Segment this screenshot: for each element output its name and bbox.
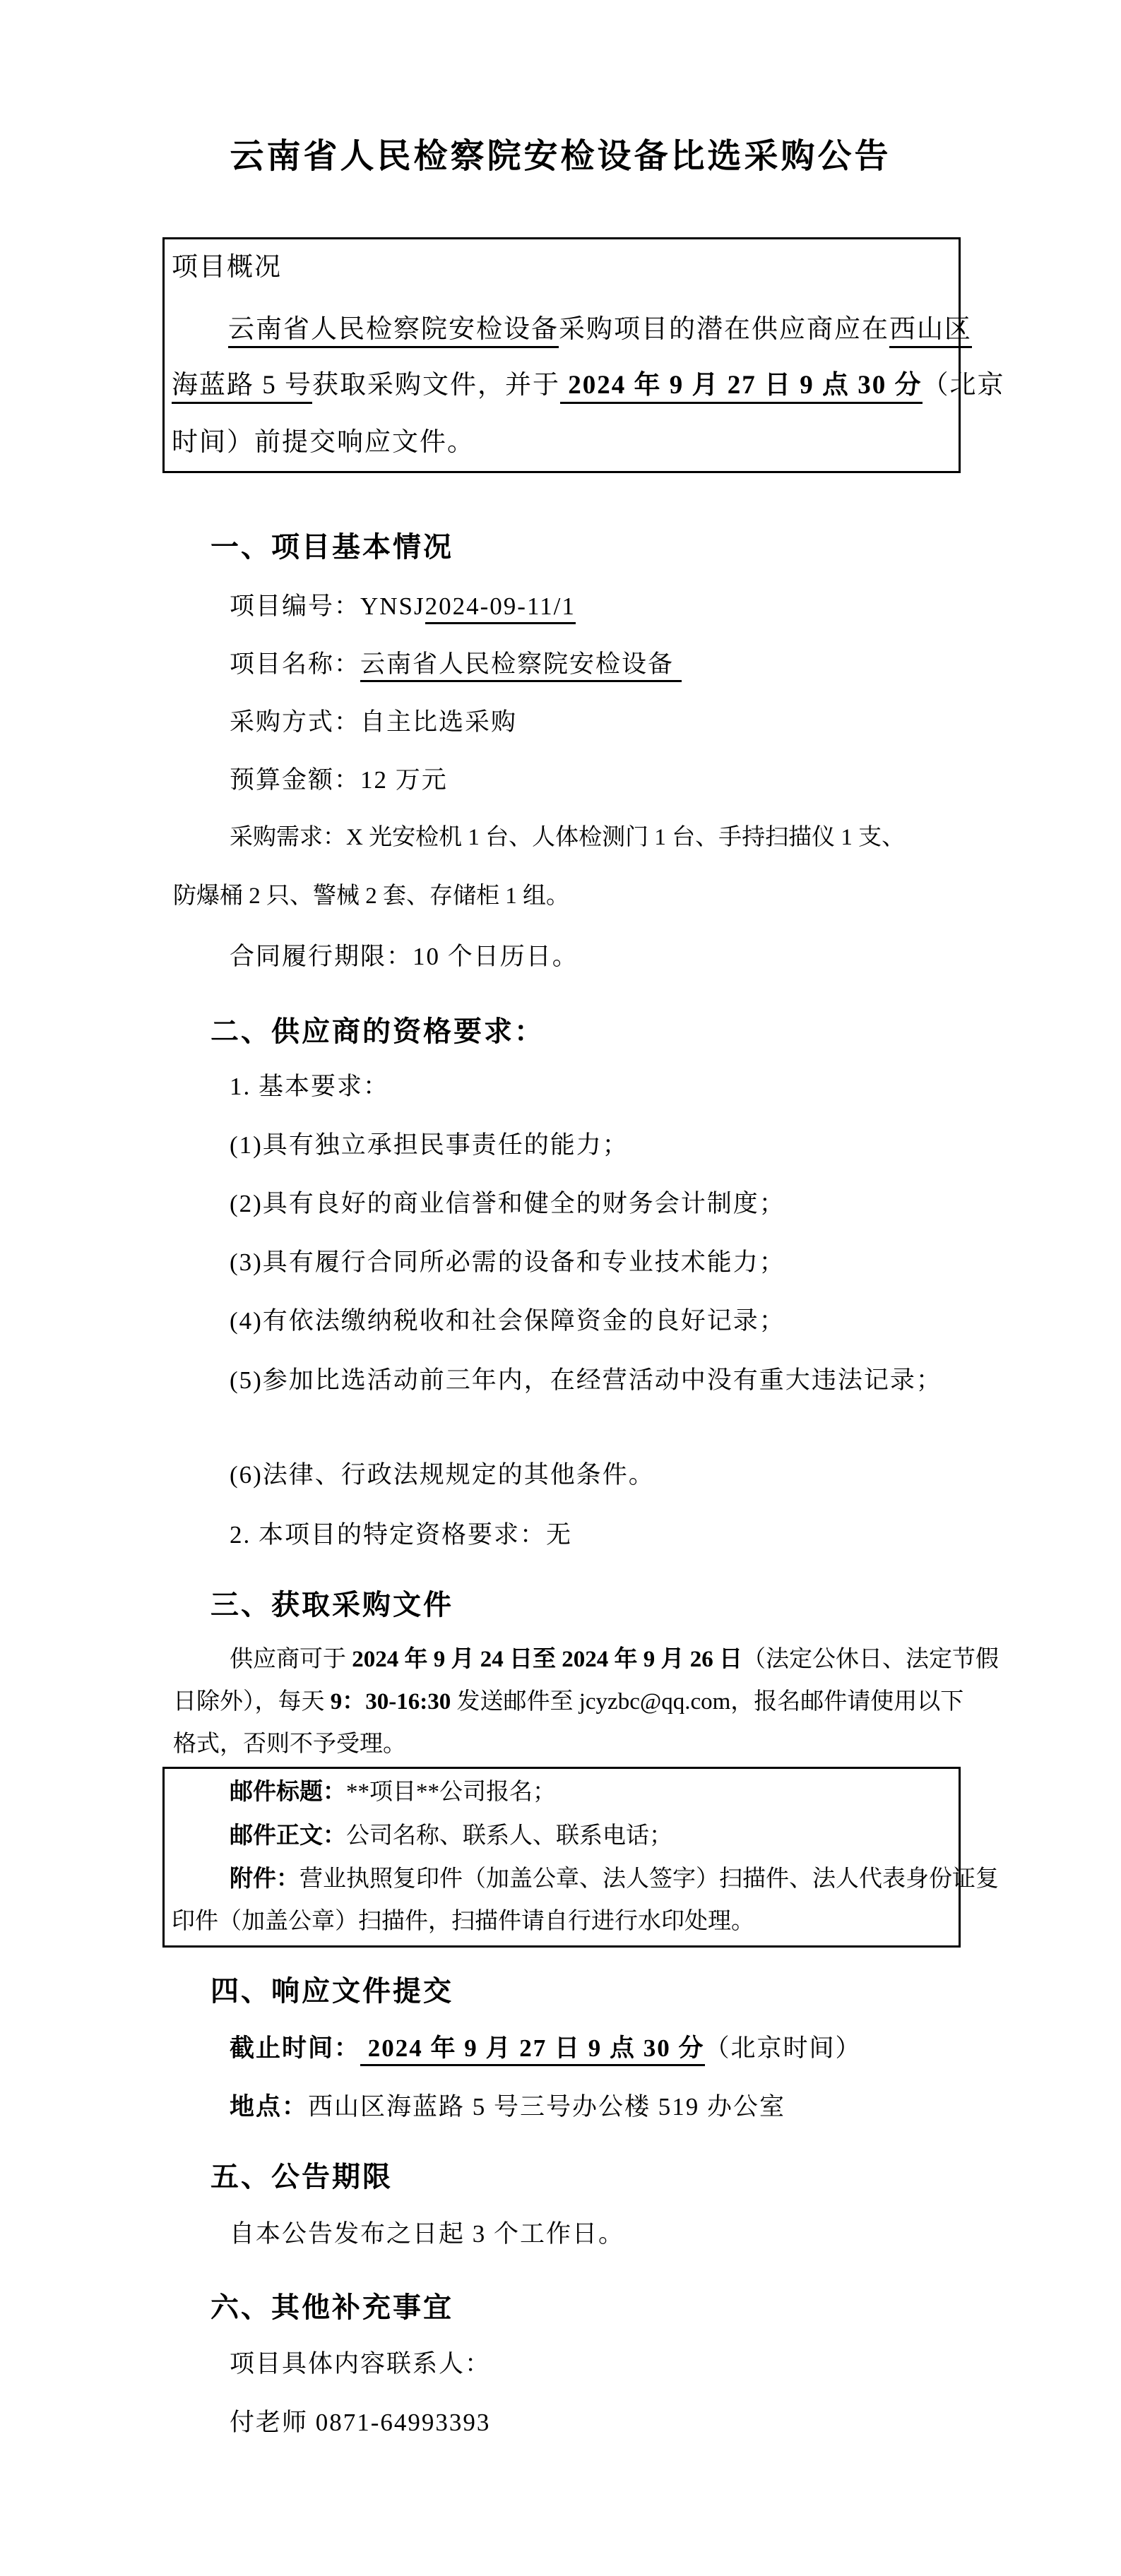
obtain-text: （法定公休日、法定节假 bbox=[742, 1647, 999, 1672]
underlined-project-name: 云南省人民检察院安检设备 bbox=[228, 315, 559, 348]
period-line: 自本公告发布之日起 3 个工作日。 bbox=[230, 2219, 624, 2250]
email-body-label: 邮件正文： bbox=[230, 1823, 346, 1849]
contact-label-line: 项目具体内容联系人： bbox=[230, 2349, 491, 2380]
project-number-label: 项目编号：YNSJ bbox=[230, 592, 425, 620]
announcement-document: 云南省人民检察院安检设备比选采购公告 项目概况 云南省人民检察院安检设备采购项目… bbox=[0, 0, 1121, 2576]
deadline-value: 2024 年 9 月 27 日 9 点 30 分 bbox=[360, 2034, 705, 2066]
contact-value-line: 付老师 0871-64993393 bbox=[230, 2407, 490, 2438]
overview-text: 获取采购文件，并于 bbox=[312, 371, 560, 400]
underlined-address: 海蓝路 5 号 bbox=[172, 371, 312, 404]
place-line: 地点：西山区海蓝路 5 号三号办公楼 519 办公室 bbox=[230, 2092, 785, 2123]
underlined-deadline-date: 2024 年 9 月 27 日 9 点 30 分 bbox=[560, 371, 923, 404]
email-subject-line: 邮件标题：**项目**公司报名； bbox=[230, 1778, 556, 1807]
deadline-line: 截止时间： 2024 年 9 月 27 日 9 点 30 分（北京时间） bbox=[230, 2033, 862, 2064]
qualification-item: (1)具有独立承担民事责任的能力； bbox=[230, 1130, 629, 1161]
contract-duration-line: 合同履行期限：10 个日历日。 bbox=[230, 941, 579, 972]
qualification-item: (4)有依法缴纳税收和社会保障资金的良好记录； bbox=[230, 1306, 785, 1337]
project-number-line: 项目编号：YNSJ2024-09-11/1 bbox=[230, 591, 576, 622]
underlined-district: 西山区 bbox=[889, 315, 972, 348]
section-4-heading: 四、响应文件提交 bbox=[210, 1974, 453, 2009]
obtain-line-1: 供应商可于 2024 年 9 月 24 日至 2024 年 9 月 26 日（法… bbox=[230, 1645, 999, 1674]
project-number-value: 2024-09-11/1 bbox=[425, 592, 576, 624]
project-name-value: 云南省人民检察院安检设备 bbox=[360, 650, 682, 682]
place-label: 地点： bbox=[230, 2093, 308, 2121]
section-6-heading: 六、其他补充事宜 bbox=[210, 2290, 453, 2325]
overview-line-1: 云南省人民检察院安检设备采购项目的潜在供应商应在西山区 bbox=[228, 314, 972, 346]
obtain-date-range: 2024 年 9 月 24 日至 2024 年 9 月 26 日 bbox=[352, 1647, 742, 1672]
obtain-line-2: 日除外），每天 9：30-16:30 发送邮件至 jcyzbc@qq.com，报… bbox=[173, 1688, 963, 1717]
email-body-text: 公司名称、联系人、联系电话； bbox=[346, 1823, 672, 1849]
budget-line: 预算金额：12 万元 bbox=[230, 765, 448, 796]
email-subject-label: 邮件标题： bbox=[230, 1779, 346, 1805]
qualification-item: (2)具有良好的商业信誉和健全的财务会计制度； bbox=[230, 1188, 785, 1220]
overview-label: 项目概况 bbox=[172, 251, 282, 284]
qualification-item: 1. 基本要求： bbox=[230, 1071, 389, 1102]
project-name-label: 项目名称： bbox=[230, 650, 360, 678]
email-attachment-label: 附件： bbox=[230, 1866, 299, 1892]
qualification-item: 2. 本项目的特定资格要求：无 bbox=[230, 1520, 572, 1551]
deadline-suffix: （北京时间） bbox=[705, 2034, 862, 2062]
obtain-text: 供应商可于 bbox=[230, 1647, 352, 1672]
qualification-item: (5)参加比选活动前三年内，在经营活动中没有重大违法记录； bbox=[230, 1365, 942, 1396]
section-1-heading: 一、项目基本情况 bbox=[210, 530, 453, 565]
overview-line-2: 海蓝路 5 号获取采购文件，并于 2024 年 9 月 27 日 9 点 30 … bbox=[172, 369, 1005, 402]
section-3-heading: 三、获取采购文件 bbox=[210, 1587, 453, 1623]
project-name-line: 项目名称：云南省人民检察院安检设备 bbox=[230, 649, 682, 680]
email-body-line: 邮件正文：公司名称、联系人、联系电话； bbox=[230, 1822, 672, 1851]
email-attachment-line-1: 附件：营业执照复印件（加盖公章、法人签字）扫描件、法人代表身份证复 bbox=[230, 1865, 999, 1894]
email-attachment-line-2: 印件（加盖公章）扫描件，扫描件请自行进行水印处理。 bbox=[172, 1907, 754, 1936]
procurement-method-line: 采购方式：自主比选采购 bbox=[230, 707, 517, 738]
overview-line-3: 时间）前提交响应文件。 bbox=[172, 427, 475, 459]
section-5-heading: 五、公告期限 bbox=[210, 2159, 393, 2195]
obtain-text-email: 发送邮件至 jcyzbc@qq.com，报名邮件请使用以下 bbox=[451, 1689, 963, 1715]
demand-line-1: 采购需求：X 光安检机 1 台、人体检测门 1 台、手持扫描仪 1 支、 bbox=[230, 823, 905, 852]
overview-text: 采购项目的潜在供应商应在 bbox=[559, 315, 889, 344]
qualification-item: (3)具有履行合同所必需的设备和专业技术能力； bbox=[230, 1247, 785, 1278]
obtain-text: 日除外），每天 bbox=[173, 1689, 331, 1715]
demand-line-2: 防爆桶 2 只、警械 2 套、存储柜 1 组。 bbox=[173, 882, 569, 911]
overview-text: （北京 bbox=[923, 371, 1005, 400]
qualification-item: (6)法律、行政法规规定的其他条件。 bbox=[230, 1460, 655, 1491]
section-2-heading: 二、供应商的资格要求： bbox=[210, 1014, 545, 1049]
place-value: 西山区海蓝路 5 号三号办公楼 519 办公室 bbox=[308, 2093, 785, 2121]
email-attachment-text: 营业执照复印件（加盖公章、法人签字）扫描件、法人代表身份证复 bbox=[299, 1866, 999, 1892]
page-title: 云南省人民检察院安检设备比选采购公告 bbox=[0, 136, 1121, 178]
email-subject-text: **项目**公司报名； bbox=[346, 1779, 556, 1805]
obtain-time-range: 9：30-16:30 bbox=[331, 1689, 451, 1715]
obtain-line-3: 格式，否则不予受理。 bbox=[173, 1730, 406, 1759]
deadline-label: 截止时间： bbox=[230, 2034, 360, 2062]
